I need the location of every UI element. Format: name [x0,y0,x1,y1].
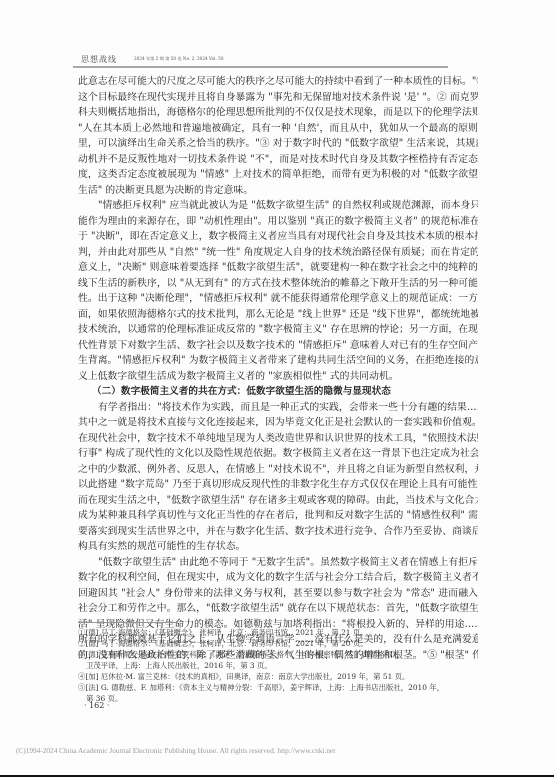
text-line: 能作为理由的来源存在，即 "动机性理由"。用以鉴别 "真正的数字极简主义者" 的… [78,214,478,230]
section-heading: （二）数字极简主义者的共在方式：低数字欲望生活的隐微与显现状态 [78,384,478,400]
text-line: 代性背景下对数字生活、数字社会以及数字技术的 "情感拒斥" 意味着人对已有的生存… [78,338,478,354]
text-line: 面，如果依照海德格尔式的技术批判，那么无论是 "线上世界" 还是 "线下世界"，… [78,307,478,323]
text-line: 判，并由此对那些从 "自然" "统一性" 角度规定人自身的技术统治路径保有质疑；… [78,245,478,261]
footnotes: ①[德] 马丁·海德格尔：《基础概念》，张柯译，北京：商务印书馆，2021 年，… [78,627,478,704]
text-line: 技术统治，以通常的伦理标准证成反常的 "数字极简主义" 存在思辨的悖论；另一方面… [78,322,478,338]
footnote: ②[德] 马丁·海德格尔：《基础概念》，张柯译，北京：商务印书馆，2021 年，… [78,638,478,649]
text-line: 线下生活的新秩序，以 "从无到有" 的方式在技术整体统治的帷幕之下敞开生活的另一… [78,276,478,292]
text-line: 动机并不是反叛性地对一切技术条件说 "不"，而是对技术时代自身及其数字桎梏持有否… [78,152,478,168]
text-line: 里，可以演绎出生命关系之恰当的秩序。"③ 对于数字时代的 "低数字欲望" 生活来… [78,136,478,152]
text-line: 意义上，"决断" 则意味着要选择 "低数字欲望生活"，就要建构一种在数字社会之中… [78,260,478,276]
text-line: 于 "决断"，即在否定意义上，数字极简主义者应当具有对现代社会自身及其技术本质的… [78,229,478,245]
text-line: 性。出于这种 "决断伦理"，"情感拒斥权利" 就不能获得通常伦理学意义上的规范证… [78,291,478,307]
header-rule [73,66,448,68]
text-line: 有学者指出："将技术作为实践，而且是一种正式的实践，会带来一些十分有趣的结果…… [78,400,478,416]
text-line: 数字化的权利空间，但在现实中，成为文化的数字生活与社会分工结合后，数字极简主义者… [78,570,478,586]
text-line: "人在其本质上必然地和普遍地被确定，具有一种 '自然'，而且从中，犹如从一个最高… [78,121,478,137]
text-line: 科夫则概括地指出，海德格尔的伦理思想所批判的不仅仅是技术现象，而是以下的伦理学法… [78,105,478,121]
text-line: 度，这类否定态度被展现为 "情感" 上对技术的简单拒绝，而带有更为积极的对 "低… [78,167,478,183]
text-line: 生背离。"情感拒斥权利" 为数字极简主义者带来了建构共同生活空间的义务，在拒绝连… [78,353,478,369]
issue-info: 2024 年第 2 期 第 50 卷 No. 2, 2024 Vol. 50 [134,56,223,62]
footnote: ③[德] 克里斯蒂安·格拉夫·冯·克罗科夫：《决定：论恩斯特·云格尔、卡尔·施密… [78,649,478,660]
running-header: 思想战线 2024 年第 2 期 第 50 卷 No. 2, 2024 Vol.… [77,54,477,66]
text-line: "低数字欲望生活" 由此绝不等同于 "无数字生活"。虽然数字极简主义者在情感上有… [78,555,478,571]
text-line: 以此搭建 "数字荒岛" 乃至于真切形成反现代性的非数字化生存方式仅仅在理论上具有… [78,477,478,493]
journal-name: 思想战线 [81,54,117,65]
text-line: 构具有实然的规范可能性的生存状态。 [78,539,478,555]
text-line: 回避因其 "社会人" 身份带来的法律义务与权利，甚至要以参与数字社会为 "常态"… [78,586,478,602]
footnote: ①[德] 马丁·海德格尔：《基础概念》，张柯译，北京：商务印书馆，2021 年，… [78,627,478,638]
body-text: 此意志在尽可能大的尺度之尽可能大的秩序之尽可能大的持续中看到了一种本质性的目标。… [78,74,478,663]
text-line: 要落实到现实生活世界之中，并在与数字化生活、数字技术进行竞争、合作乃至妥协、商谈… [78,524,478,540]
text-line: 行事" 构成了现代性的文化以及隐性规范依据。数字极简主义者在这一背景下也注定成为… [78,446,478,462]
footnote: ⑤[法] G. 德勒兹、F. 加塔利：《资本主义与精神分裂：千高原》，姜宇辉译，… [78,682,478,693]
text-line: 之中的少数派、例外者、反思人，在情感上 "对技术说不"，并且将之自证为新型自然权… [78,462,478,478]
footnote-continuation: 第 36 页。 [78,693,478,704]
footnote-continuation: 卫茂平译，上海：上海人民出版社，2016 年，第 3 页。 [78,660,478,671]
text-line: 义上低数字欲望生活成为数字极简主义者的 "家族相似性" 式的共同动机。 [78,369,478,385]
text-line: 其中之一就是将技术直接与文化连接起来，因为毕竟文化正是社会默认的一套实践和价值观… [78,415,478,431]
text-line: 生活" 的决断更具愿为决断的肯定意味。 [78,183,478,199]
text-line: 此意志在尽可能大的尺度之尽可能大的秩序之尽可能大的持续中看到了一种本质性的目标。… [78,74,478,90]
copyright-notice: (C)1994-2024 China Academic Journal Elec… [16,746,335,755]
text-line: 成为某种兼具科学真切性与文化正当性的存在者后，批判和反对数字生活的 "情感性权利… [78,508,478,524]
text-line: 这个目标最终在现代实现并且将自身暴露为 "事先和无保留地对技术条件说 '是' "… [78,90,478,106]
page-number: · 162 · [84,701,109,710]
footnote-separator [78,622,178,623]
footnote: ④[加] 厄休拉·M. 富兰克林：《技术的真相》，田奥译，南京：南京大学出版社，… [78,671,478,682]
text-line: 而在现实生活之中，"低数字欲望生活" 存在诸多主观或客观的障碍。由此，当技术与文… [78,493,478,509]
text-line: 在现代社会中，数字技术不单纯地呈现为人类改造世界和认识世界的技术工具，"依照技术… [78,431,478,447]
text-line: "情感拒斥权利" 应当就此被认为是 "低数字欲望生活" 的自然权利或规范渊源，而… [78,198,478,214]
text-line: 社会分工和劳作之中。那么，"低数字欲望生活" 就存在以下规范状态：首先，"低数字… [78,601,478,617]
